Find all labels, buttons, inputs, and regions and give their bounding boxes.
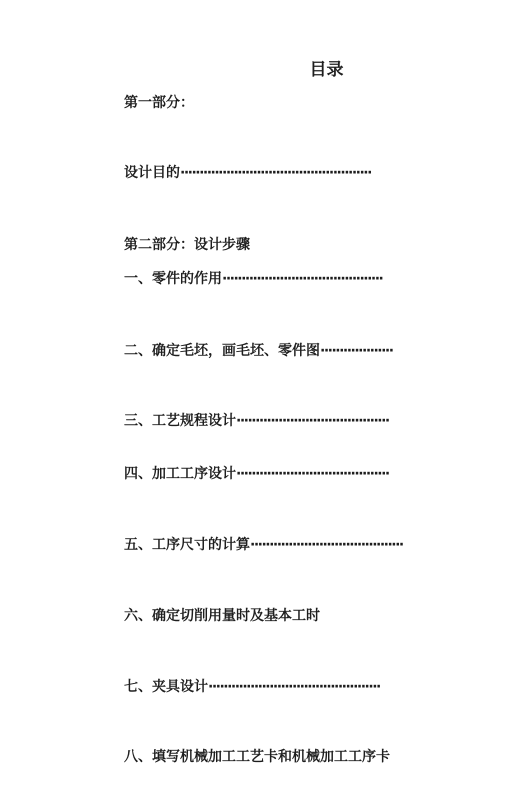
toc-entry: 三、工艺规程设计································…: [124, 410, 389, 430]
toc-part-1: 第一部分：: [124, 92, 194, 112]
toc-entry: 四、加工工序设计································…: [124, 463, 389, 483]
toc-leader: ········································: [236, 413, 389, 429]
toc-entry: 七、夹具设计··································…: [124, 676, 380, 696]
toc-text: 第二部分：设计步骤: [124, 237, 250, 253]
toc-entry: 一、零件的作用·································…: [124, 268, 382, 288]
toc-part-2: 第二部分：设计步骤: [124, 234, 250, 254]
toc-entry: 六、确定切削用量时及基本工时: [124, 605, 320, 625]
toc-text: 六、确定切削用量时及基本工时: [124, 608, 320, 624]
toc-leader: ···················: [320, 343, 393, 359]
toc-entry: 二、确定毛坯，画毛坯、零件图···················: [124, 340, 393, 360]
toc-text: 八、填写机械加工工艺卡和机械加工工序卡: [124, 749, 390, 765]
toc-text: 二、确定毛坯，画毛坯、零件图: [124, 343, 320, 359]
toc-text: 一、零件的作用: [124, 271, 222, 287]
toc-entry: 设计目的····································…: [124, 162, 371, 182]
toc-leader: ········································…: [208, 679, 380, 695]
toc-text: 三、工艺规程设计: [124, 413, 236, 429]
toc-text: 五、工序尺寸的计算: [124, 537, 250, 553]
toc-entry: 八、填写机械加工工艺卡和机械加工工序卡: [124, 746, 390, 766]
toc-entry: 五、工序尺寸的计算·······························…: [124, 534, 403, 554]
toc-leader: ········································: [236, 466, 389, 482]
toc-text: 七、夹具设计: [124, 679, 208, 695]
toc-text: 四、加工工序设计: [124, 466, 236, 482]
toc-leader: ········································…: [180, 165, 371, 181]
toc-leader: ········································…: [222, 271, 382, 287]
toc-leader: ········································: [250, 537, 403, 553]
toc-title: 目录: [0, 55, 523, 80]
toc-text: 第一部分：: [124, 95, 194, 111]
toc-text: 设计目的: [124, 165, 180, 181]
